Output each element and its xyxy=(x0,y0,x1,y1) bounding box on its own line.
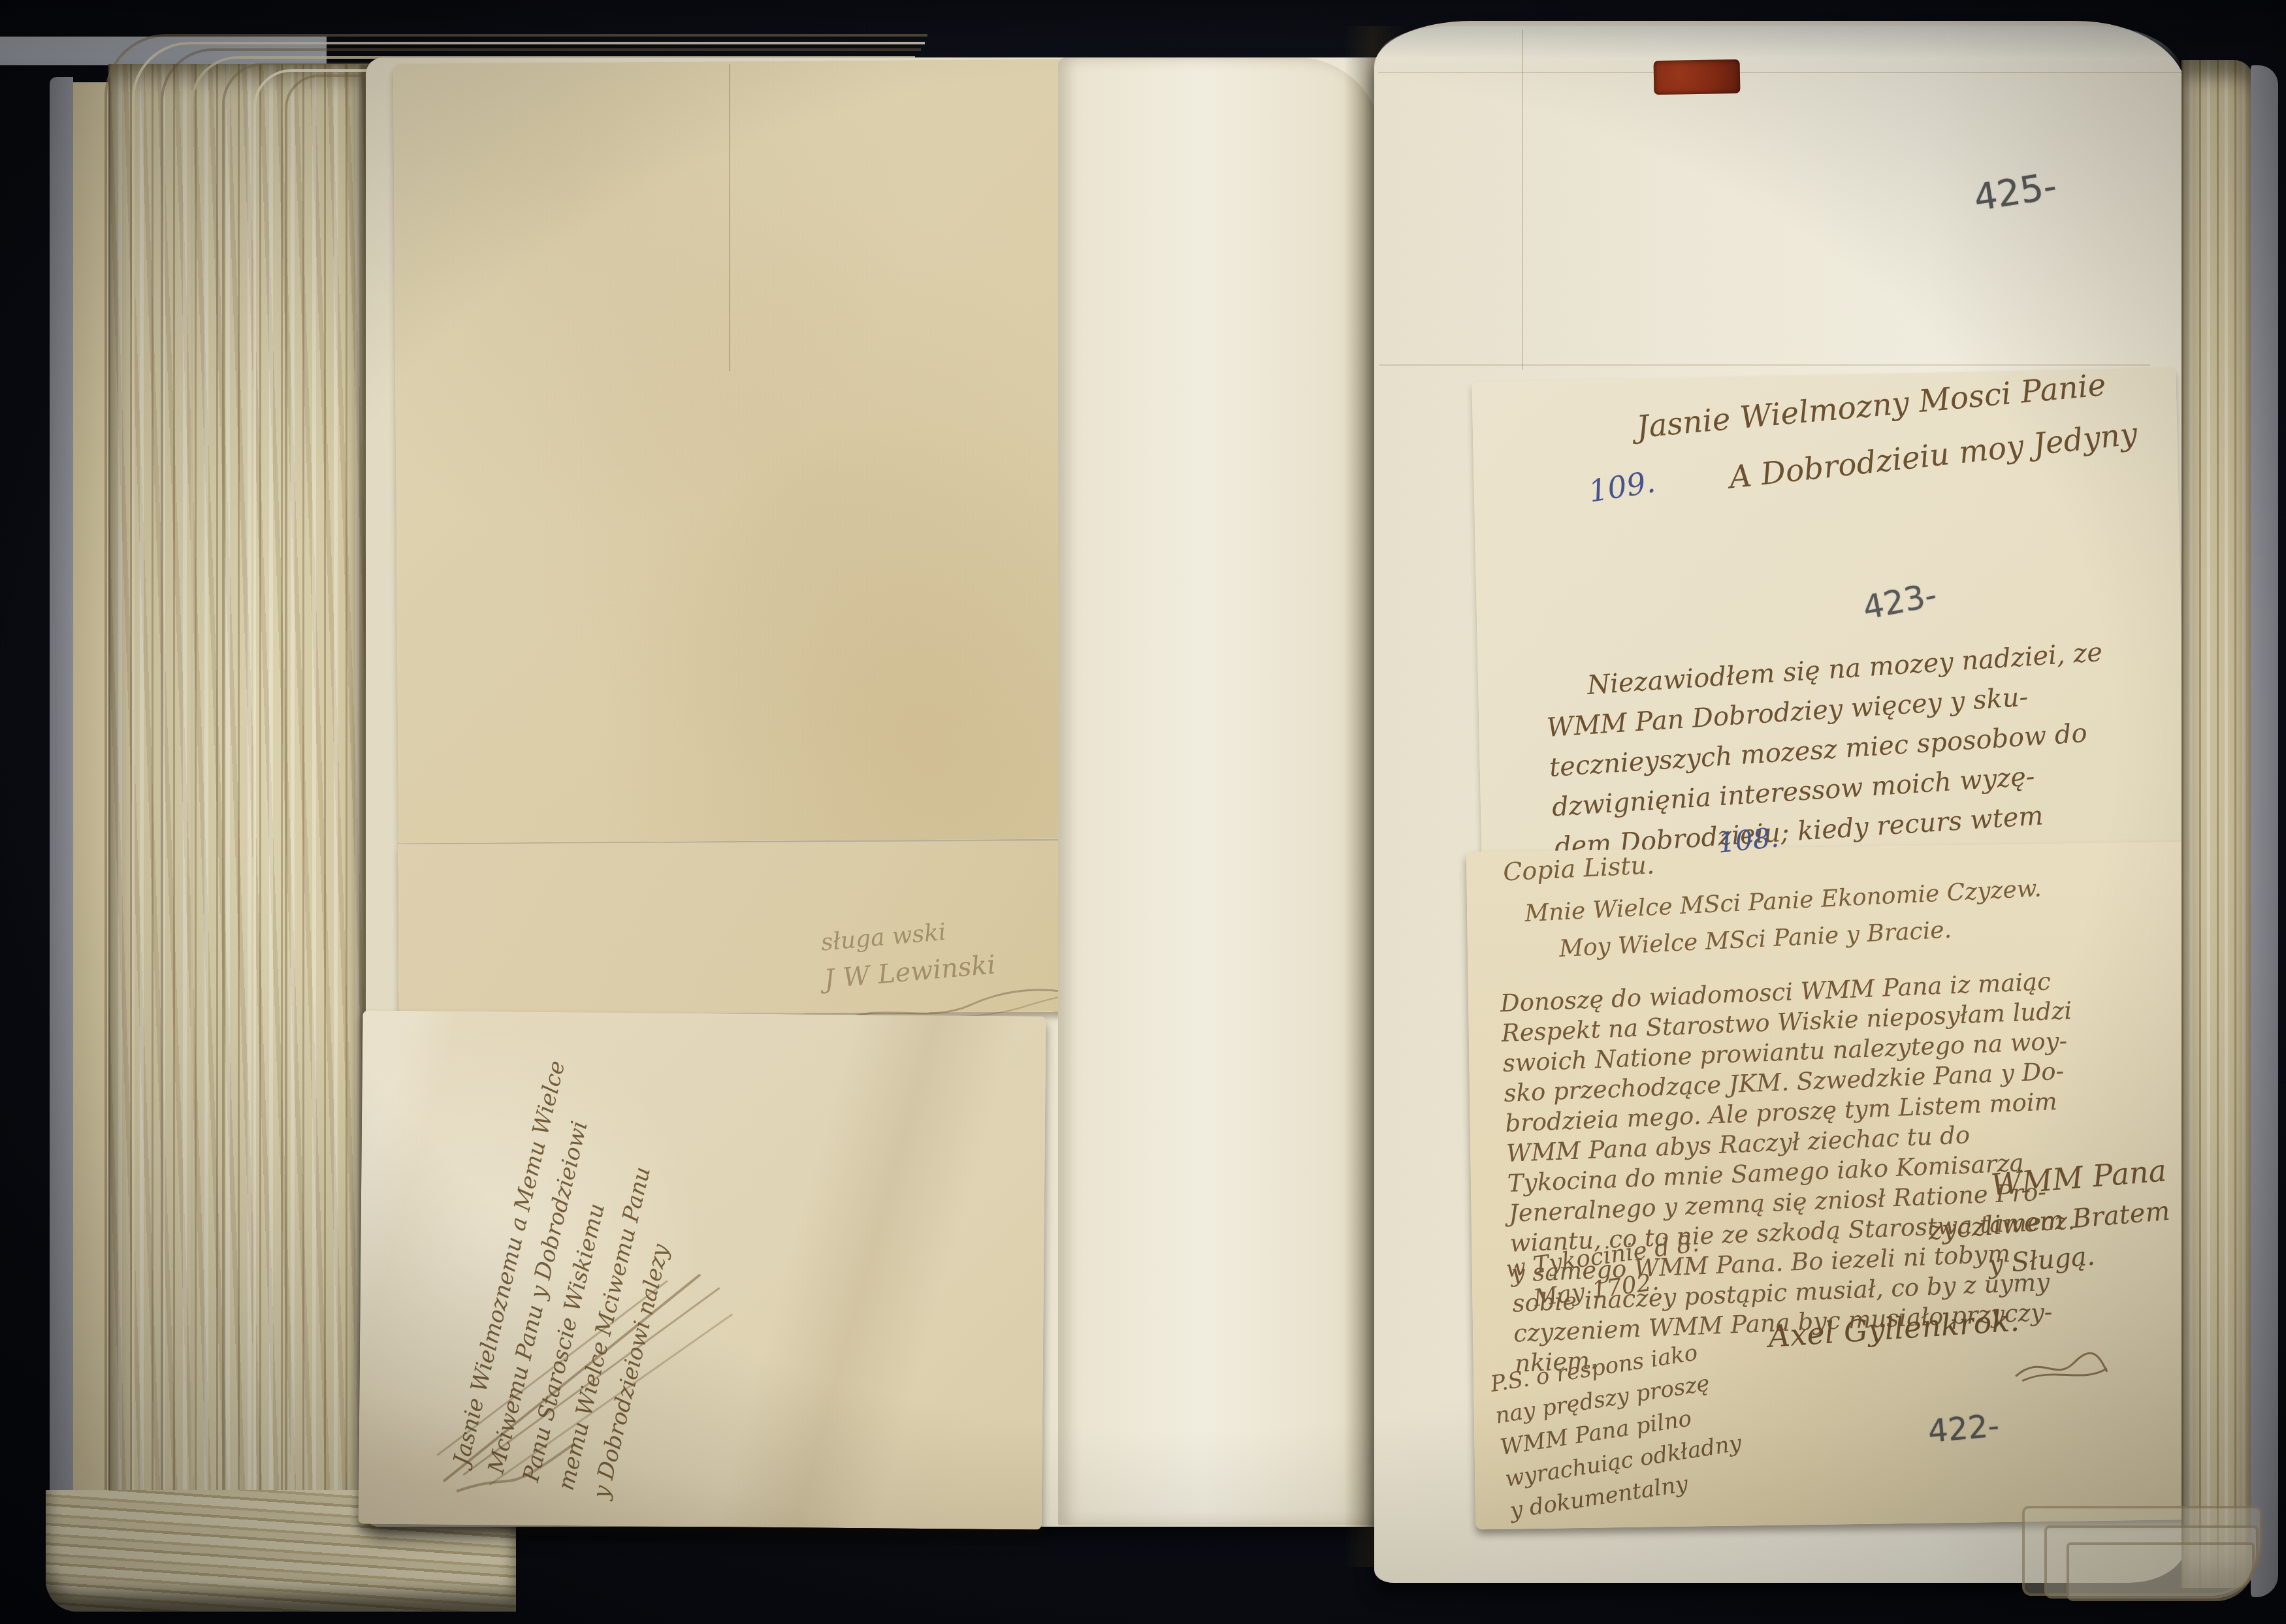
letter2-caption: Copia Listu. xyxy=(1502,850,1655,886)
left-blank-sheet xyxy=(393,59,1079,843)
cover-board-left-edge xyxy=(73,82,108,1588)
right-fore-edge-page-stack xyxy=(2181,60,2253,1588)
red-wax-seal-fragment xyxy=(1654,59,1741,95)
right-page-vertical-fold xyxy=(1522,30,1523,370)
folded-address-letter: Jasnie Wielmoznemu a Memu Wielce Mciwemu… xyxy=(359,1010,1046,1529)
cover-cloth-left-edge xyxy=(50,77,73,1592)
center-guard-sheet xyxy=(1058,57,1382,1525)
signature-paraph-flourish xyxy=(2008,1346,2114,1386)
letter-sheet-2-copia: Copia Listu. Mnie Wielce MSci Panie Ekon… xyxy=(1466,841,2254,1530)
letter2-salutation-line: Moy Wielce MSci Panie y Bracie. xyxy=(1558,917,1952,963)
address-flourish-scribbles xyxy=(417,1194,760,1497)
left-sheet-crease xyxy=(729,64,730,371)
right-page-top-edge-layers xyxy=(1378,26,2181,73)
letter2-salutation-line: Mnie Wielce MSci Panie Ekonomie Czyzew. xyxy=(1524,875,2042,927)
cover-cloth-right-edge xyxy=(2251,65,2278,1597)
bottom-right-page-corner xyxy=(2067,1542,2255,1601)
manuscript-book-photo: sługa wski J W Lewinski Jasnie Wielmozne… xyxy=(0,0,2286,1624)
right-page-horizontal-fold xyxy=(1379,364,2150,366)
letter1-body: Niezawiodłem się na mozey nadziei, ze WM… xyxy=(1543,628,2181,867)
archival-number-108: 108. xyxy=(1716,821,1780,859)
page-number-bottom: 422- xyxy=(1927,1407,2001,1450)
